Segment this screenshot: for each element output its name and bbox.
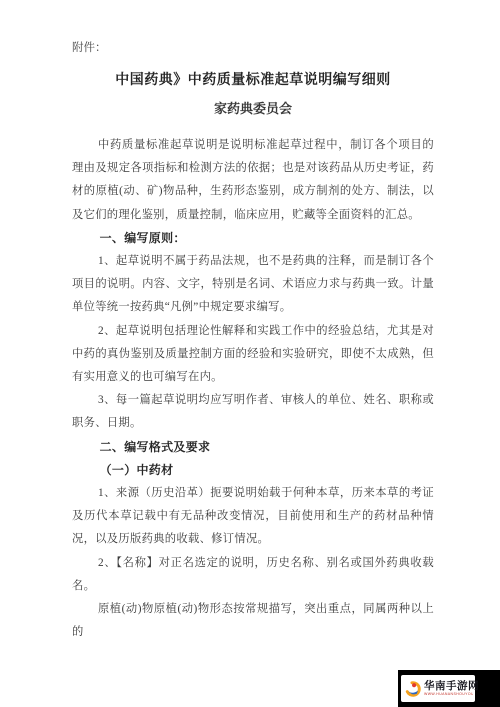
format-item-2: 2、【名称】对正名选定的说明，历史名称、别名或国外药典收载名。: [72, 552, 434, 598]
watermark-site-name: 华南手游网: [424, 680, 473, 692]
page-subtitle: 家药典委员会: [72, 98, 434, 117]
principles-item-1: 1、起草说明不属于药品法规，也不是药典的注释，而是制订各个项目的说明。内容、文字…: [72, 250, 434, 320]
document-content: 附件： 中国药典》中药质量标准起草说明编写细则 家药典委员会 中药质量标准起草说…: [72, 40, 434, 644]
watermark-badge: 华南手游网 WWW.HUANANSHOUYOU.COM: [398, 670, 500, 707]
format-item-1: 1、来源（历史沿革）扼要说明始载于何种本草，历来本草的考证及历代本草记载中有无品…: [72, 482, 434, 552]
page-title: 中国药典》中药质量标准起草说明编写细则: [72, 69, 434, 89]
section-heading-format: 二、编写格式及要求: [72, 436, 434, 459]
watermark-tagline: WWW.HUANANSHOUYOU.COM: [424, 692, 473, 697]
document-body: 中药质量标准起草说明是说明标准起草过程中，制订各个项目的理由及规定各项指标和检测…: [72, 134, 434, 644]
principles-item-3: 3、每一篇起草说明均应写明作者、审核人的单位、姓名、职称或职务、日期。: [72, 389, 434, 435]
site-logo-icon: [404, 680, 422, 698]
document-page: 附件： 中国药典》中药质量标准起草说明编写细则 家药典委员会 中药质量标准起草说…: [0, 0, 500, 707]
format-trailing-paragraph: 原植(动)物原植(动)物形态按常规描写，突出重点，同属两种以上的: [72, 598, 434, 644]
principles-item-2: 2、起草说明包括理论性解释和实践工作中的经验总结，尤其是对中药的真伪鉴别及质量控…: [72, 320, 434, 390]
intro-paragraph: 中药质量标准起草说明是说明标准起草过程中，制订各个项目的理由及规定各项指标和检测…: [72, 134, 434, 227]
attachment-label: 附件：: [72, 40, 434, 56]
section-heading-principles: 一、编写原则：: [72, 227, 434, 250]
subsection-heading-materia-medica: （一）中药材: [72, 459, 434, 482]
watermark-chip: 华南手游网 WWW.HUANANSHOUYOU.COM: [401, 675, 475, 702]
watermark-text-column: 华南手游网 WWW.HUANANSHOUYOU.COM: [424, 680, 473, 697]
